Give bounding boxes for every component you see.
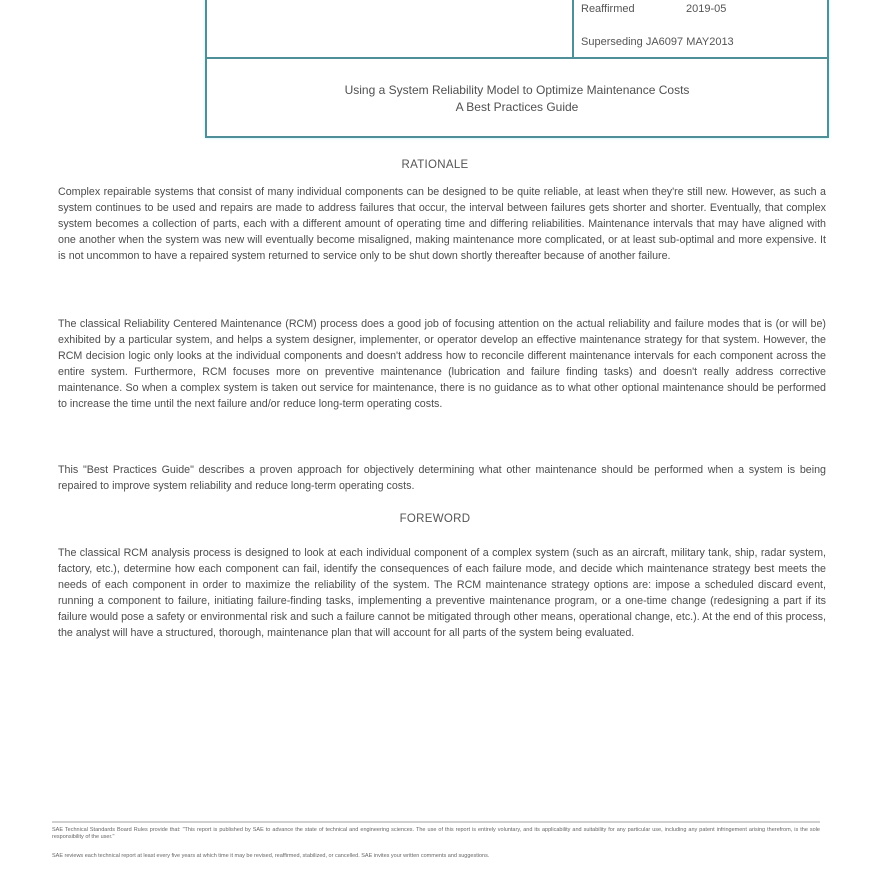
title-line-1: Using a System Reliability Model to Opti… (207, 82, 827, 99)
title-line-2: A Best Practices Guide (207, 99, 827, 116)
reaffirmed-label: Reaffirmed (581, 3, 635, 15)
rationale-paragraph-1: Complex repairable systems that consist … (58, 184, 826, 264)
document-title: Using a System Reliability Model to Opti… (207, 82, 827, 116)
footer-note-2: SAE reviews each technical report at lea… (52, 853, 820, 860)
header-divider (572, 0, 574, 57)
document-header-box: Reaffirmed 2019-05 Superseding JA6097 MA… (205, 0, 829, 138)
rationale-heading: RATIONALE (0, 159, 870, 171)
reaffirmed-row: Reaffirmed 2019-05 (581, 3, 635, 15)
reaffirmed-date: 2019-05 (686, 3, 726, 15)
header-top-row: Reaffirmed 2019-05 Superseding JA6097 MA… (207, 0, 827, 59)
foreword-paragraph: The classical RCM analysis process is de… (58, 545, 826, 642)
superseding-note: Superseding JA6097 MAY2013 (581, 36, 734, 48)
foreword-heading: FOREWORD (0, 513, 870, 525)
footer-divider (52, 821, 820, 823)
footer-note-1: SAE Technical Standards Board Rules prov… (52, 827, 820, 841)
rationale-paragraph-3: This "Best Practices Guide" describes a … (58, 462, 826, 494)
rationale-paragraph-2: The classical Reliability Centered Maint… (58, 316, 826, 413)
